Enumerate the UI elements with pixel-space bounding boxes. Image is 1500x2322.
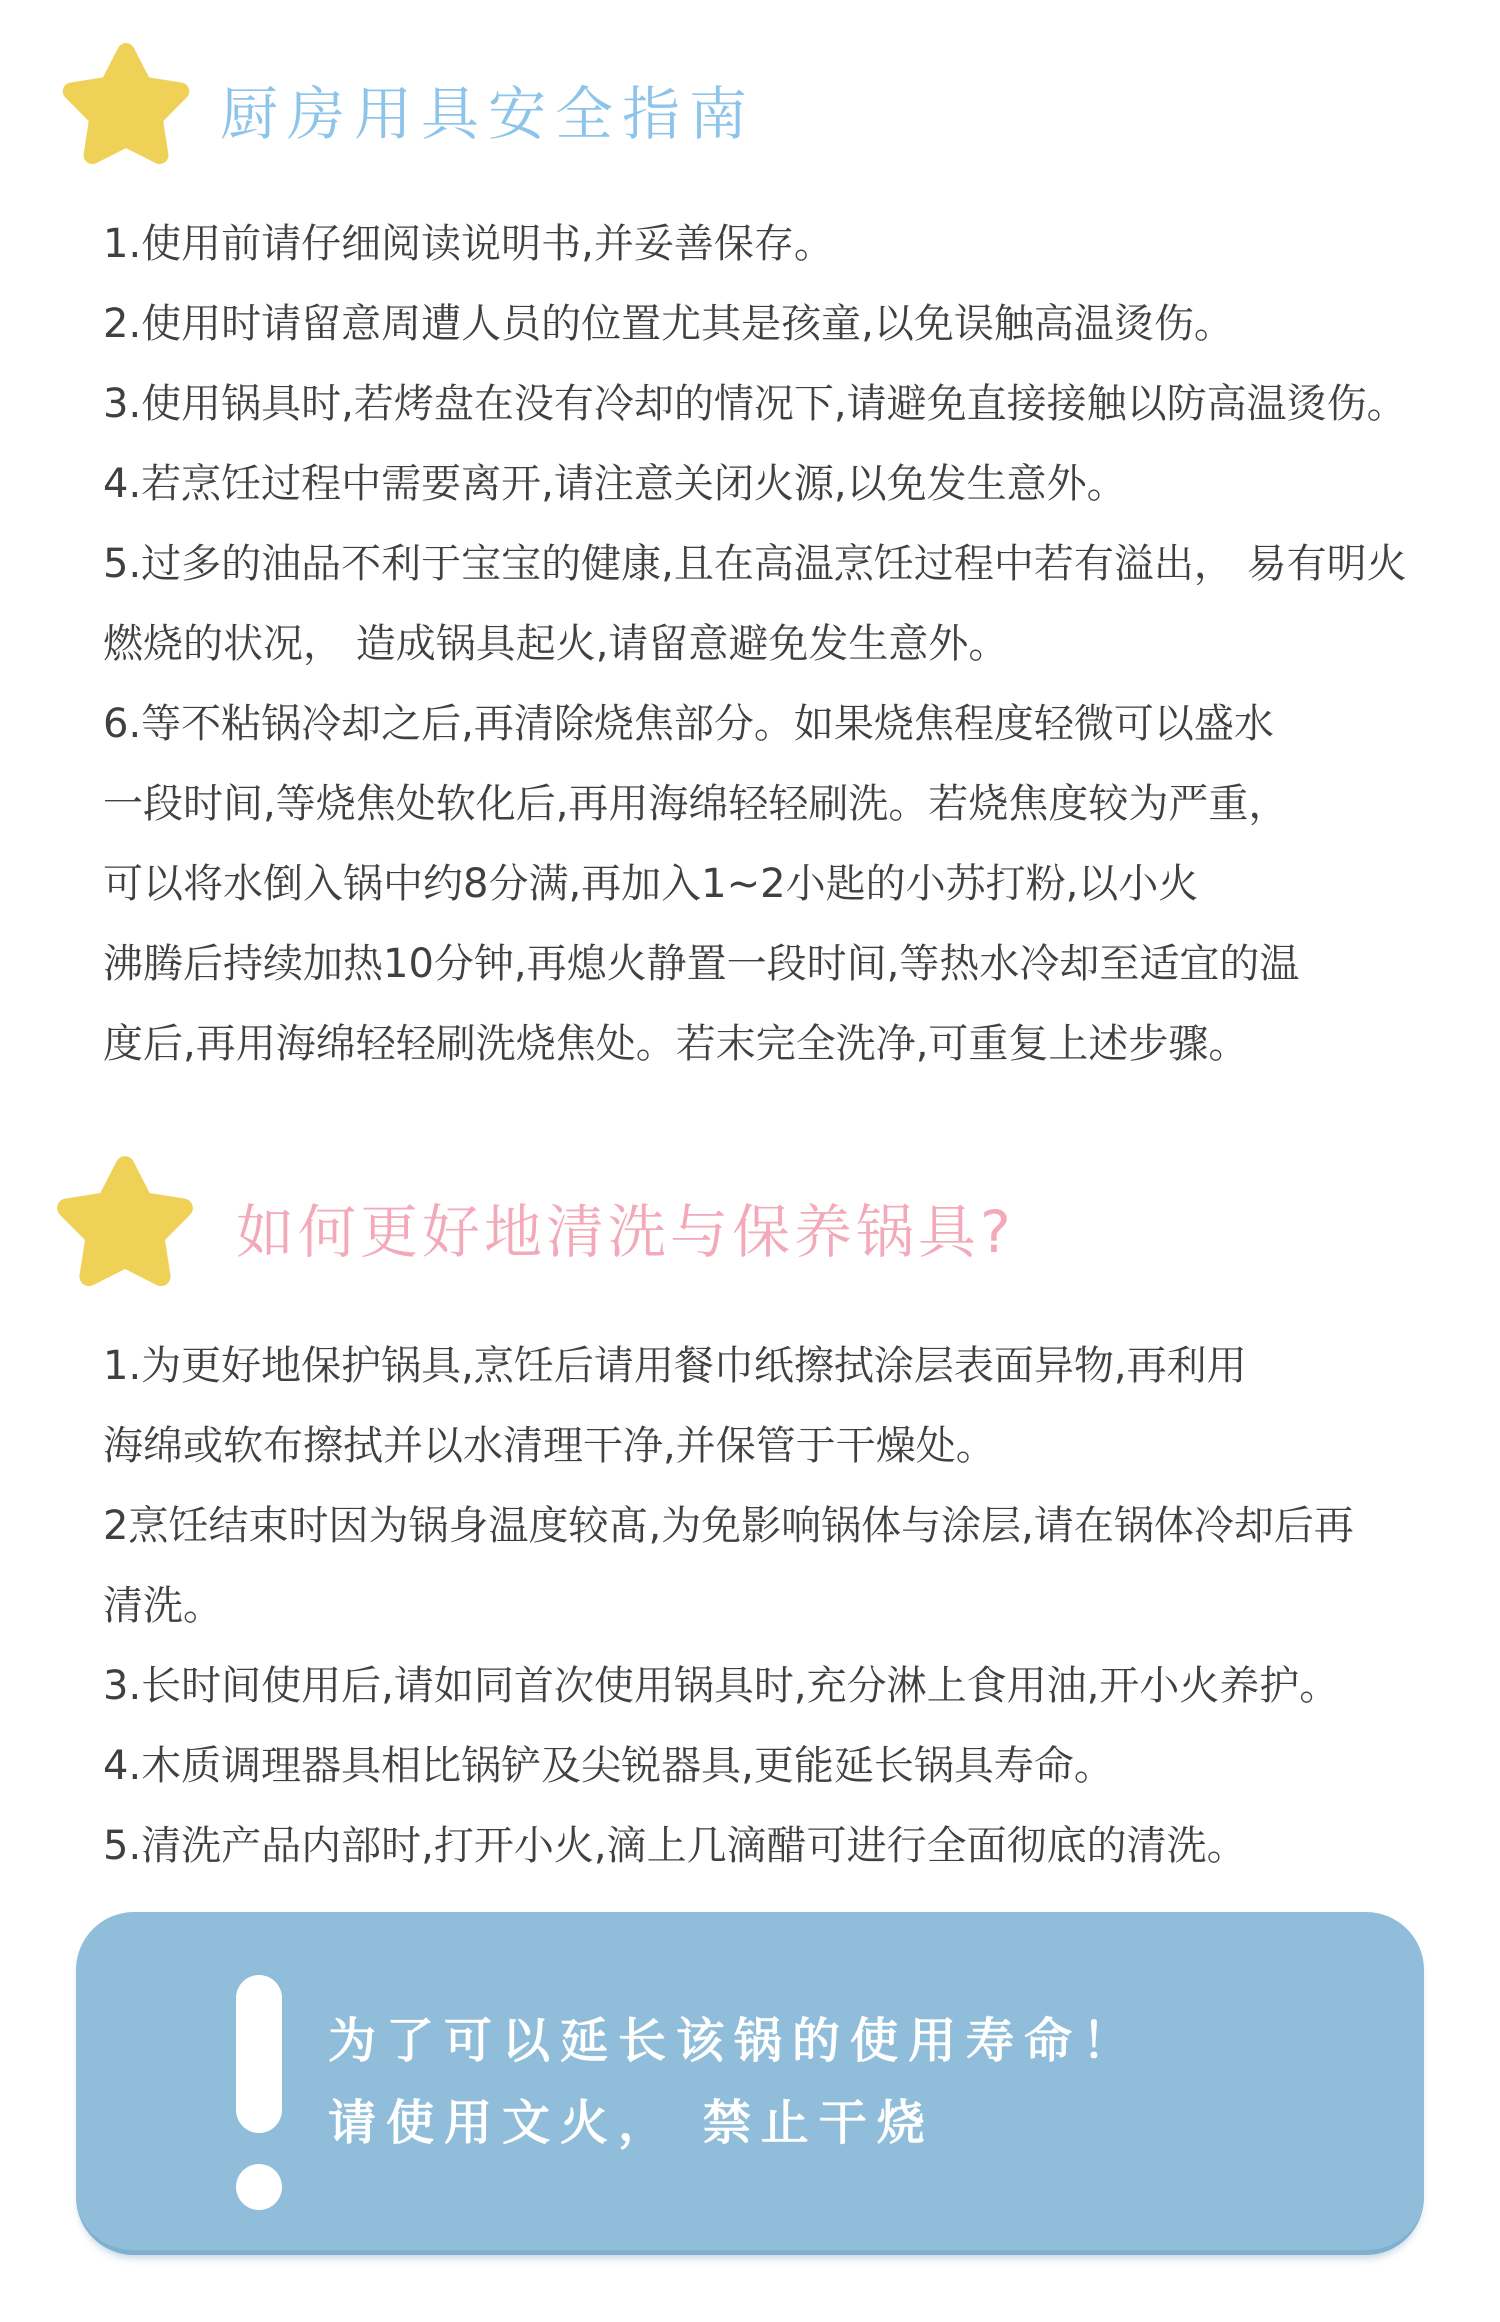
safety-line: 6.等不粘锅冷却之后,再清除烧焦部分。如果烧焦程度轻微可以盛水 bbox=[103, 684, 1442, 764]
safety-line: 4.若烹饪过程中需要离开,请注意关闭火源,以免发生意外。 bbox=[103, 444, 1442, 524]
safety-line: 沸腾后持续加热10分钟,再熄火静置一段时间,等热水冷却至适宜的温 bbox=[103, 924, 1442, 1004]
care-line: 2烹饪结束时因为锅身温度较髙,为免影响锅体与涂层,请在锅体冷却后再 bbox=[103, 1486, 1442, 1566]
warning-notice-box: 为了可以延长该锅的使用寿命！ 请使用文火， 禁止干烧 bbox=[76, 1912, 1424, 2255]
warning-line-2: 请使用文火， 禁止干烧 bbox=[328, 2082, 1140, 2164]
section-care-header: 如何更好地清洗与保养锅具? bbox=[0, 1152, 1500, 1302]
section-care-title: 如何更好地清洗与保养锅具? bbox=[236, 1185, 1015, 1269]
safety-line: 可以将水倒入锅中约8分满,再加入1~2小匙的小苏打粉,以小火 bbox=[103, 844, 1442, 924]
care-line: 清洗。 bbox=[103, 1566, 1442, 1646]
section-safety-title: 厨房用具安全指南 bbox=[220, 67, 756, 151]
product-instruction-page: 厨房用具安全指南 1.使用前请仔细阅读说明书,并妥善保存。 2.使用时请留意周遭… bbox=[0, 0, 1500, 2322]
star-icon bbox=[58, 41, 194, 177]
exclamation-icon bbox=[236, 2164, 282, 2210]
safety-line: 2.使用时请留意周遭人员的位置尤其是孩童,以免误触高温烫伤。 bbox=[103, 284, 1442, 364]
star-icon bbox=[52, 1154, 198, 1300]
safety-line: 燃烧的状况， 造成锅具起火,请留意避免发生意外。 bbox=[103, 604, 1442, 684]
safety-instructions-list: 1.使用前请仔细阅读说明书,并妥善保存。 2.使用时请留意周遭人员的位置尤其是孩… bbox=[103, 204, 1442, 1084]
safety-line: 1.使用前请仔细阅读说明书,并妥善保存。 bbox=[103, 204, 1442, 284]
care-line: 海绵或软布擦拭并以水清理干净,并保管于干燥处。 bbox=[103, 1406, 1442, 1486]
care-instructions-list: 1.为更好地保护锅具,烹饪后请用餐巾纸擦拭涂层表面异物,再利用 海绵或软布擦拭并… bbox=[103, 1326, 1442, 1886]
safety-line: 度后,再用海绵轻轻刷洗烧焦处。若末完全洗净,可重复上述步骤。 bbox=[103, 1004, 1442, 1084]
care-line: 1.为更好地保护锅具,烹饪后请用餐巾纸擦拭涂层表面异物,再利用 bbox=[103, 1326, 1442, 1406]
safety-line: 5.过多的油品不利于宝宝的健康,且在高温烹饪过程中若有溢出， 易有明火 bbox=[103, 524, 1442, 604]
exclamation-icon bbox=[236, 1975, 282, 2133]
warning-notice-text: 为了可以延长该锅的使用寿命！ 请使用文火， 禁止干烧 bbox=[328, 2000, 1140, 2164]
care-line: 5.清洗产品内部时,打开小火,滴上几滴醋可进行全面彻底的清洗。 bbox=[103, 1806, 1442, 1886]
section-safety-header: 厨房用具安全指南 bbox=[0, 34, 1500, 184]
safety-line: 一段时间,等烧焦处软化后,再用海绵轻轻刷洗。若烧焦度较为严重， bbox=[103, 764, 1442, 844]
warning-line-1: 为了可以延长该锅的使用寿命！ bbox=[328, 2000, 1140, 2082]
care-line: 3.长时间使用后,请如同首次使用锅具时,充分淋上食用油,开小火养护。 bbox=[103, 1646, 1442, 1726]
safety-line: 3.使用锅具时,若烤盘在没有冷却的情况下,请避免直接接触以防高温烫伤。 bbox=[103, 364, 1442, 444]
care-line: 4.木质调理器具相比锅铲及尖锐器具,更能延长锅具寿命。 bbox=[103, 1726, 1442, 1806]
